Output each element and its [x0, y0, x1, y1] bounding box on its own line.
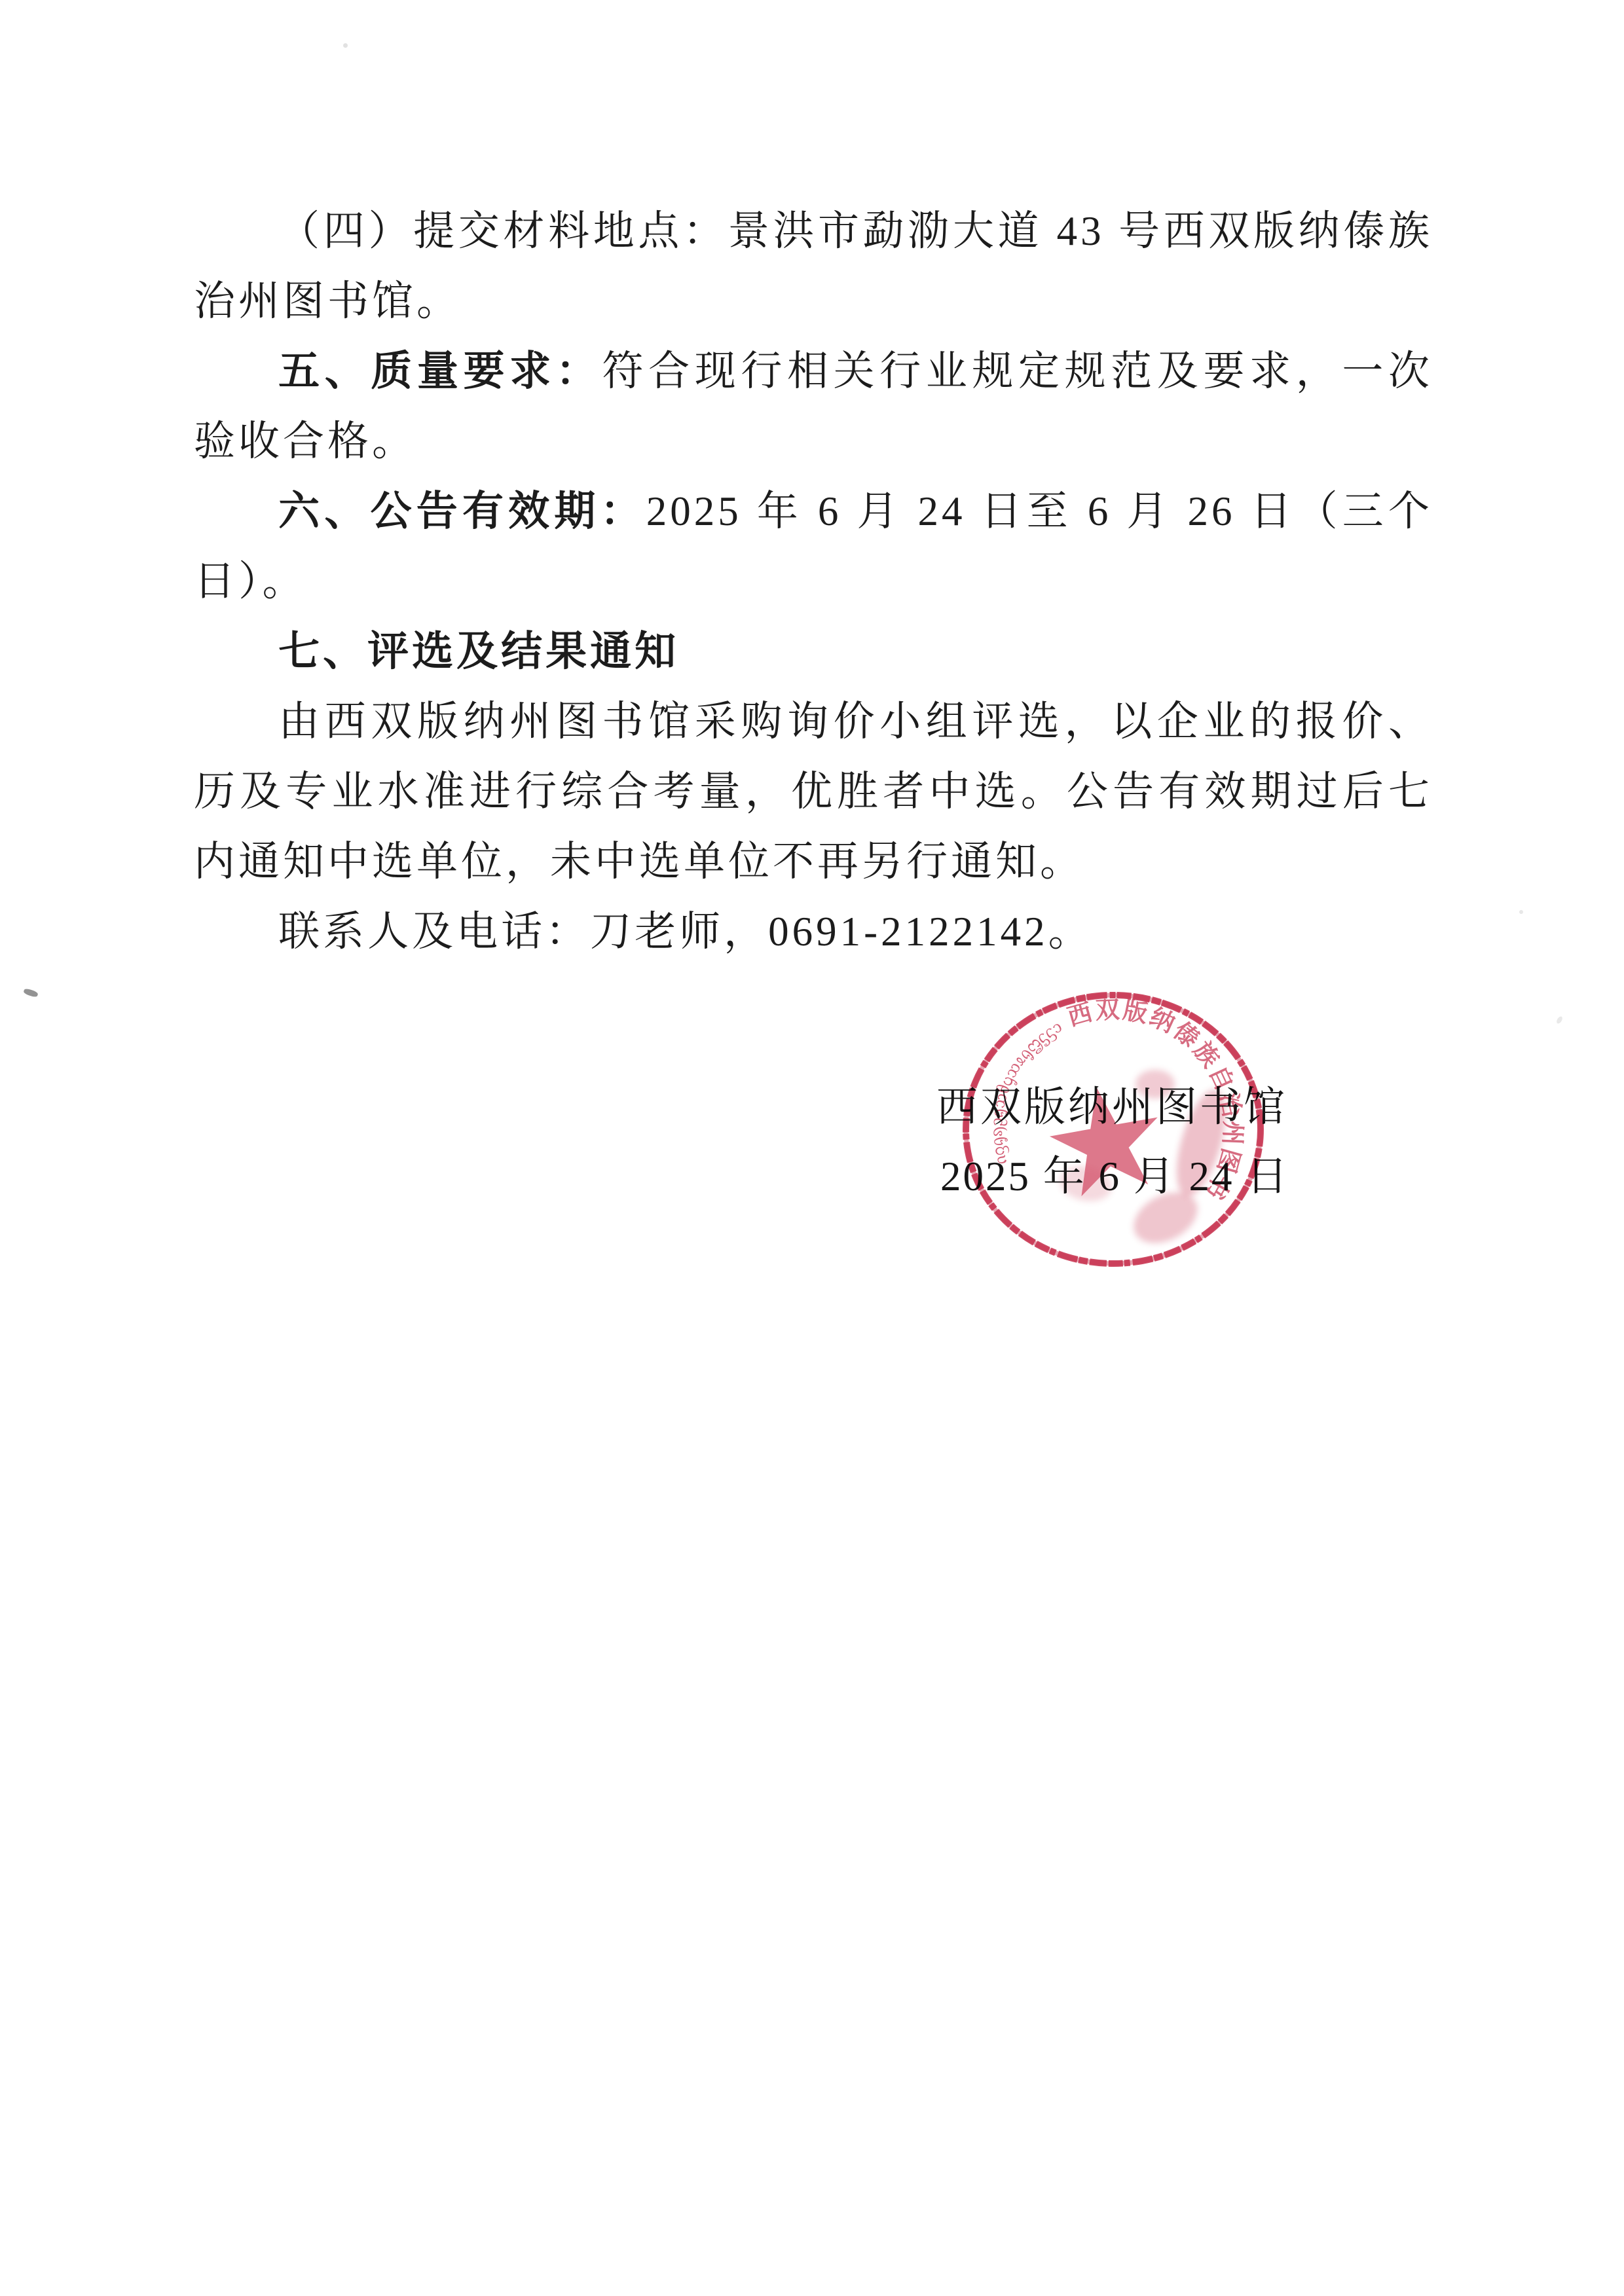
signature-date: 2025 年 6 月 24 日 — [940, 1143, 1289, 1203]
scan-artifact — [1519, 910, 1523, 914]
text-run: 验收合格。 — [194, 418, 416, 464]
doc-line: 七、评选及结果通知 — [194, 617, 1433, 687]
text-run: 历及专业水准进行综合考量，优胜者中选。公告有效期过后七日 — [194, 769, 1433, 827]
doc-line: 治州图书馆。 — [194, 266, 1433, 337]
scan-artifact — [343, 43, 348, 48]
text-run: 日）。 — [194, 558, 307, 604]
signature-org: 西双版纳州图书馆 — [936, 1074, 1287, 1133]
doc-line: 由西双版纳州图书馆采购询价小组评选，以企业的报价、资 — [194, 687, 1433, 757]
section-heading-run: 五、质量要求： — [278, 348, 602, 394]
document-body: （四）提交材料地点：景洪市勐泐大道 43 号西双版纳傣族自 治州图书馆。 五、质… — [194, 196, 1433, 967]
doc-line: 联系人及电话：刀老师，0691-2122142。 — [194, 897, 1433, 967]
contact-line-run: 联系人及电话：刀老师，0691-2122142。 — [278, 909, 1092, 955]
scanned-page: （四）提交材料地点：景洪市勐泐大道 43 号西双版纳傣族自 治州图书馆。 五、质… — [0, 0, 1624, 2296]
section-heading-run: 七、评选及结果通知 — [278, 629, 679, 674]
text-run: 治州图书馆。 — [194, 278, 461, 324]
doc-line: 日）。 — [194, 547, 1433, 617]
doc-line: 验收合格。 — [194, 407, 1433, 477]
scan-artifact — [1556, 1015, 1563, 1025]
doc-line: （四）提交材料地点：景洪市勐泐大道 43 号西双版纳傣族自 — [194, 196, 1433, 266]
text-run: 内通知中选单位，未中选单位不再另行通知。 — [194, 839, 1084, 884]
section-heading-run: 六、公告有效期： — [278, 488, 646, 534]
doc-line: 五、质量要求：符合现行相关行业规定规范及要求，一次性 — [194, 337, 1433, 407]
doc-line: 历及专业水准进行综合考量，优胜者中选。公告有效期过后七日 — [194, 757, 1433, 827]
scan-artifact — [23, 988, 39, 998]
text-run: 由西双版纳州图书馆采购询价小组评选，以企业的报价、资 — [194, 699, 1433, 757]
doc-line: 六、公告有效期：2025 年 6 月 24 日至 6 月 26 日（三个工作 — [194, 477, 1433, 547]
text-run: （四）提交材料地点： — [278, 208, 728, 254]
doc-line: 内通知中选单位，未中选单位不再另行通知。 — [194, 827, 1433, 897]
